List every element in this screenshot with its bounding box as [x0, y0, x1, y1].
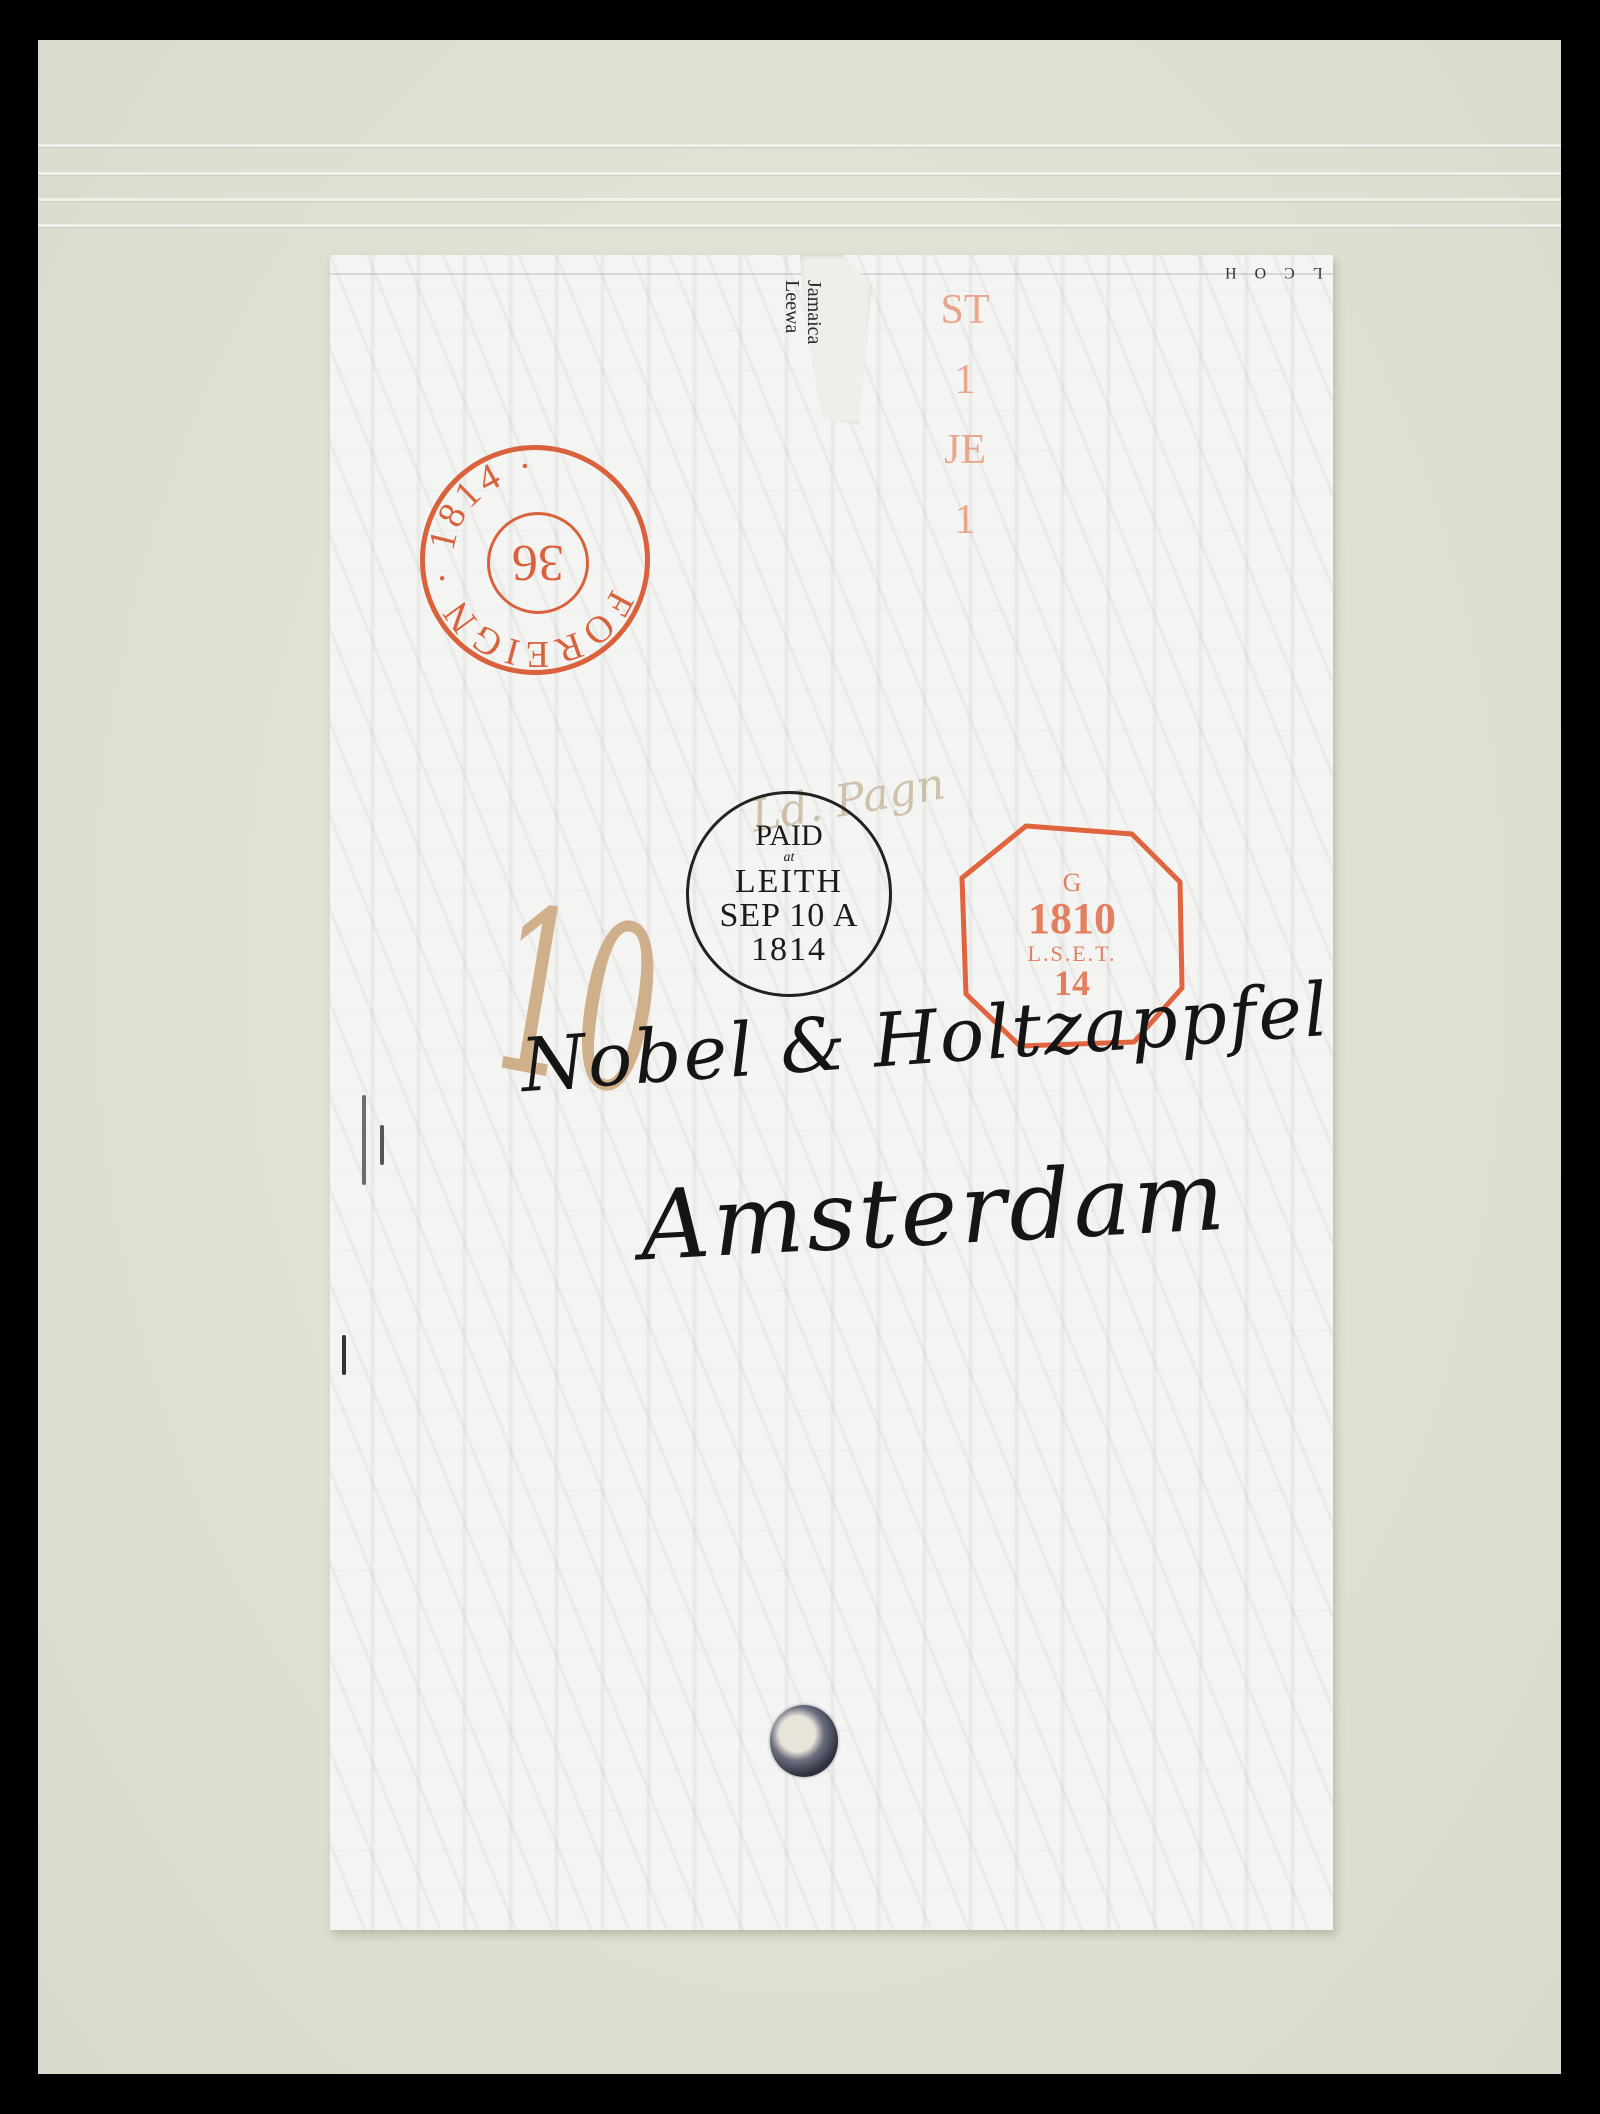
octagon-line1: G — [1063, 869, 1082, 896]
edge-label-line2: Leewa — [781, 280, 803, 360]
paid-leith-datestamp: PAID at LEITH SEP 10 A 1814 — [686, 791, 892, 997]
octagon-line2: 1810 — [1028, 896, 1116, 942]
leith-line2: LEITH — [735, 865, 843, 899]
printed-edge-label: Jamaica Leewa — [715, 280, 825, 360]
foreign-center-number: 36 — [487, 512, 589, 614]
sleeve-line — [38, 172, 1561, 175]
octagon-line3: L.S.E.T. — [1028, 942, 1117, 965]
faded-line2: 1 — [890, 345, 1040, 415]
leith-line4: 1814 — [751, 933, 827, 967]
faded-red-stamp: ST 1 JE 1 — [890, 275, 1040, 555]
pen-mark — [362, 1095, 366, 1185]
wax-seal-remnant — [770, 1705, 838, 1777]
faded-line1: ST — [890, 275, 1040, 345]
pen-mark — [380, 1125, 384, 1165]
leith-line3: SEP 10 A — [719, 899, 858, 933]
sleeve-line — [38, 224, 1561, 227]
sleeve-line — [38, 144, 1561, 147]
letter-cover: Jamaica Leewa LCOH ST 1 JE 1 FOREIGN · 1… — [330, 255, 1333, 1930]
manuscript-rate: 10 — [490, 855, 665, 1151]
pen-mark — [342, 1335, 346, 1375]
leith-line1: PAID — [755, 821, 822, 851]
edge-label-line1: Jamaica — [803, 280, 825, 360]
sleeve-line — [38, 198, 1561, 201]
edge-print: LCOH — [1207, 263, 1323, 281]
faded-line4: 1 — [890, 485, 1040, 555]
faded-line3: JE — [890, 415, 1040, 485]
foreign-1814-stamp: FOREIGN · 1814 · 36 — [420, 445, 650, 675]
